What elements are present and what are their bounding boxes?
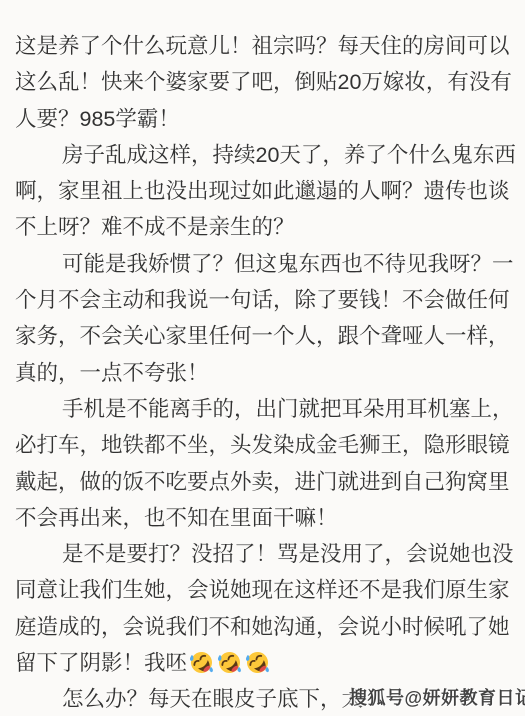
sohu-watermark: 搜狐号@妍妍教育日记 [349,684,525,710]
paragraph: 是不是要打？没招了！骂是没用了，会说她也没同意让我们生她，会说她现在这样还不是我… [15,536,511,681]
paragraph: 这是养了个什么玩意儿！祖宗吗？每天住的房间可以这么乱！快来个婆家要了吧，倒贴20… [15,28,511,137]
text-line: 家务，不会关心家里任何一个人，跟个聋哑人一样， [15,318,511,354]
rofl-emoji [188,649,215,676]
rofl-emoji [216,649,243,676]
text-line: 真的，一点不夸张！ [15,355,511,391]
text-line: 同意让我们生她，会说她现在这样还不是我们原生家 [15,572,511,608]
text-line: 必打车，地铁都不坐，头发染成金毛狮王，隐形眼镜 [15,427,511,463]
text-line: 人要？985学霸！ [15,101,511,137]
text-line: 不会再出来，也不知在里面干嘛！ [15,500,511,536]
text-line: 可能是我娇惯了？但这鬼东西也不待见我呀？一 [15,246,511,282]
text-line: 戴起，做的饭不吃要点外卖，进门就进到自己狗窝里 [15,464,511,500]
text-line: 留下了阴影！我呸 [15,645,511,681]
text-line: 是不是要打？没招了！骂是没用了，会说她也没 [15,536,511,572]
rofl-emoji [244,649,271,676]
text-line: 个月不会主动和我说一句话，除了要钱！不会做任何 [15,282,511,318]
text-line: 手机是不能离手的，出门就把耳朵用耳机塞上， [15,391,511,427]
text-line: 这是养了个什么玩意儿！祖宗吗？每天住的房间可以 [15,28,511,64]
text-line: 这么乱！快来个婆家要了吧，倒贴20万嫁妆，有没有 [15,64,511,100]
text-line: 啊，家里祖上也没出现过如此邋遢的人啊？遗传也谈 [15,173,511,209]
article-text: 这是养了个什么玩意儿！祖宗吗？每天住的房间可以这么乱！快来个婆家要了吧，倒贴20… [0,0,525,716]
text-line: 庭造成的，会说我们不和她沟通，会说小时候吼了她 [15,609,511,645]
paragraph: 房子乱成这样，持续20天了，养了个什么鬼东西啊，家里祖上也没出现过如此邋遢的人啊… [15,137,511,246]
paragraph: 手机是不能离手的，出门就把耳朵用耳机塞上，必打车，地铁都不坐，头发染成金毛狮王，… [15,391,511,536]
text-line: 不上呀？难不成不是亲生的？ [15,209,511,245]
paragraph: 可能是我娇惯了？但这鬼东西也不待见我呀？一个月不会主动和我说一句话，除了要钱！不… [15,246,511,391]
text-line: 房子乱成这样，持续20天了，养了个什么鬼东西 [15,137,511,173]
